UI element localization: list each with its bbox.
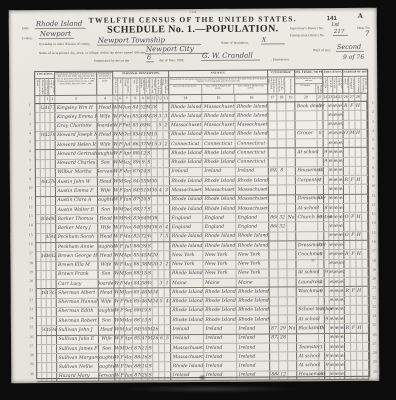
table-cell <box>362 139 368 147</box>
table-cell: New York <box>204 269 237 277</box>
column-group-header: Relationship of each person to the head … <box>97 73 112 97</box>
table-cell: Rhode Island <box>203 149 236 157</box>
table-cell: Peckham Sarah <box>56 233 98 242</box>
table-cell: England <box>170 214 203 222</box>
table-cell: Massachusetts <box>236 186 269 194</box>
table-cell <box>295 121 317 129</box>
table-cell <box>277 121 286 129</box>
table-cell <box>288 371 297 379</box>
column-number <box>361 94 367 101</box>
line-number: 14 <box>26 222 35 231</box>
column-number: 7 <box>123 95 131 102</box>
table-cell: 1849 <box>133 326 142 334</box>
table-cell: Son <box>99 270 115 278</box>
enumeration-district-value: 217 <box>333 29 348 36</box>
table-cell <box>278 176 287 184</box>
table-cell: Jun <box>124 196 132 204</box>
table-cell <box>268 102 277 110</box>
table-cell: Head <box>98 215 114 223</box>
table-cell <box>363 343 369 351</box>
enumerator-label: , Enumerator. <box>271 57 290 61</box>
table-cell: Mar <box>124 233 132 241</box>
table-cell: Massachusetts <box>202 103 235 111</box>
table-cell <box>277 102 286 110</box>
table-cell: 1871 <box>270 325 279 333</box>
table-cell <box>361 111 367 119</box>
ward-label: Ward of city, <box>313 48 331 52</box>
table-cell <box>287 195 296 203</box>
table-cell <box>270 353 279 361</box>
table-cell: Connecticut <box>170 140 203 148</box>
table-cell: Barker Mary J <box>56 224 98 233</box>
table-cell <box>287 232 296 240</box>
table-cell: 32 <box>278 214 287 222</box>
table-cell: Sullivan John J <box>57 326 99 335</box>
enumeration-district-label: Enumeration District No. <box>290 33 325 37</box>
line-number: 8 <box>369 164 378 173</box>
table-cell: 1888 <box>132 150 141 158</box>
line-number: 25 <box>370 321 379 330</box>
table-cell: 8 <box>278 167 287 175</box>
table-cell <box>362 250 368 258</box>
sub-column-header: Date of birth — Month. <box>123 78 131 94</box>
table-cell: Sullivan Nellie <box>57 363 99 372</box>
line-number: 30 <box>370 367 379 376</box>
table-cell: Maine <box>171 279 204 287</box>
table-cell <box>270 343 279 351</box>
line-number: 5 <box>26 138 35 147</box>
table-cell: Massachusetts <box>171 353 204 361</box>
census-grid: LOCATION.Street.House number.Number of d… <box>34 69 370 379</box>
line-number: 6 <box>26 147 35 156</box>
table-cell: Rhode Island <box>203 242 236 250</box>
table-cell <box>287 158 296 166</box>
table-cell <box>269 139 278 147</box>
table-cell <box>362 185 368 193</box>
table-cell: England <box>203 223 236 231</box>
table-cell: Carr Lucy <box>57 280 99 289</box>
table-cell: Maine <box>204 279 237 287</box>
table-cell: 1861 <box>132 261 141 269</box>
line-number: 10 <box>369 182 378 191</box>
line-number: 26 <box>370 330 379 339</box>
table-cell: Head <box>98 233 114 241</box>
table-cell: Connecticut <box>236 149 269 157</box>
table-cell <box>269 149 278 157</box>
table-cell <box>363 306 369 314</box>
table-cell <box>279 362 288 370</box>
table-cell: Carpenter <box>296 176 318 184</box>
table-body: 324177Kingsley Wm HHeadWMJun184752M28Rho… <box>35 102 369 382</box>
table-cell: Ireland <box>203 168 236 176</box>
table-cell: Rhode Island <box>203 205 236 213</box>
table-cell: 1840 <box>132 224 141 232</box>
table-cell: 1847 <box>131 103 140 111</box>
table-cell <box>288 362 297 370</box>
table-cell: Coachman <box>296 250 318 258</box>
table-cell <box>296 139 318 147</box>
table-cell: Ireland <box>236 167 269 175</box>
table-cell: Son <box>99 317 115 325</box>
table-cell: Sherman Edith <box>57 308 99 317</box>
table-cell: 1858 <box>132 131 141 139</box>
table-cell: Rhode Island <box>203 177 236 185</box>
table-cell: 1860 <box>132 242 141 250</box>
table-cell: Mar <box>125 317 133 325</box>
table-cell: Feb <box>125 298 133 306</box>
table-cell: Wife <box>98 261 114 269</box>
table-cell <box>278 195 287 203</box>
line-number: 1 <box>25 101 34 110</box>
table-cell <box>287 186 296 194</box>
table-cell: Blacksmith <box>297 325 319 333</box>
column-number: 17 <box>268 94 277 101</box>
table-cell: Dec <box>124 205 132 213</box>
line-number: 9 <box>369 173 378 182</box>
sub-column-header: Year of immigration to the United States… <box>268 77 277 93</box>
line-number: 24 <box>27 314 36 323</box>
line-number: 12 <box>369 201 378 210</box>
institution-label: Name of Institution, <box>221 41 249 45</box>
table-cell: Rhode Island <box>171 288 204 296</box>
table-cell: Ireland <box>204 344 237 352</box>
column-group: NATIVITY.Place of birth of each person a… <box>169 70 268 94</box>
table-cell: Massachusetts <box>235 121 268 129</box>
line-number: 18 <box>26 259 35 268</box>
table-cell <box>363 296 369 304</box>
line-number: 27 <box>27 342 36 351</box>
table-cell <box>279 278 288 286</box>
table-cell <box>278 260 287 268</box>
table-cell: Rhode Island <box>170 177 203 185</box>
table-cell: Howard Charles A <box>56 159 98 168</box>
table-cell: 1844 <box>132 177 141 185</box>
table-cell <box>270 316 279 324</box>
table-cell: New York <box>170 251 203 259</box>
table-cell: Oct <box>124 131 132 139</box>
table-cell: Rhode Island <box>237 288 270 296</box>
table-cell: 1888 <box>270 371 279 379</box>
table-cell: New York <box>170 260 203 268</box>
corner-letter: A <box>358 12 363 20</box>
township-label: Township or other division of county, <box>39 42 91 46</box>
table-cell: England <box>203 214 236 222</box>
line-number: 13 <box>26 212 35 221</box>
line-number: 16 <box>369 238 378 247</box>
table-cell: Rhode Island <box>203 158 236 166</box>
line-number: 3 <box>25 120 34 129</box>
table-cell: 1870 <box>133 372 142 380</box>
table-cell: Maine <box>237 279 270 287</box>
table-cell: Aug <box>124 159 132 167</box>
sub-column-header: Naturalization. <box>286 77 295 93</box>
table-cell: Grocer <box>296 130 318 138</box>
table-cell: New York <box>236 260 269 268</box>
line-number: 15 <box>26 231 35 240</box>
table-cell <box>362 232 368 240</box>
table-cell: Dressmaker <box>296 241 318 249</box>
table-cell <box>296 232 318 240</box>
sub-column-header: Place of birth of this Person. <box>169 85 202 94</box>
table-cell: Head <box>98 252 114 260</box>
line-number: 6 <box>369 145 378 154</box>
table-cell: Son <box>99 344 115 352</box>
table-cell: Head <box>98 178 114 186</box>
table-cell <box>269 204 278 212</box>
table-cell <box>287 223 296 231</box>
column-number: 15 <box>202 95 235 102</box>
city-label: Name of incorporated city, town, or vill… <box>39 50 146 55</box>
table-cell <box>277 112 286 120</box>
column-group-header: Owned or rented.Owned free or mortgaged.… <box>343 77 367 93</box>
line-number: 29 <box>370 358 379 367</box>
line-number: 5 <box>369 136 378 145</box>
table-cell: 28 <box>279 334 288 342</box>
scan-artifact <box>120 385 300 393</box>
table-cell: Ireland <box>237 325 270 333</box>
table-cell: 1849 <box>132 187 141 195</box>
table-cell: Head <box>99 289 115 297</box>
table-cell <box>287 149 296 157</box>
table-cell: 1853 <box>133 335 142 343</box>
table-cell <box>269 130 278 138</box>
line-number: 26 <box>27 333 36 342</box>
table-cell <box>362 259 368 267</box>
table-cell: 1868 <box>269 214 278 222</box>
column-number: 18 <box>277 94 286 101</box>
table-cell: Sullivan Julia E <box>57 335 99 344</box>
line-number: 18 <box>369 256 378 265</box>
table-cell <box>296 186 318 194</box>
ward-value: Second <box>336 43 364 52</box>
table-cell <box>269 251 278 259</box>
table-cell: Watchman <box>297 287 319 295</box>
table-cell: New York <box>237 269 270 277</box>
table-cell: Na <box>288 325 297 333</box>
table-cell: Rhode Island <box>169 112 202 120</box>
table-cell <box>297 297 319 305</box>
table-cell <box>363 315 369 323</box>
table-cell: 1876 <box>132 168 141 176</box>
table-cell <box>362 194 368 202</box>
line-number: 23 <box>370 303 379 312</box>
table-cell <box>279 343 288 351</box>
margin-note: 9 of 76 <box>343 54 364 61</box>
line-number: 11 <box>369 191 378 200</box>
table-cell: Feb <box>124 215 132 223</box>
table-cell: Massachusetts <box>171 344 204 352</box>
line-number: 21 <box>27 286 36 295</box>
table-cell <box>361 120 367 128</box>
line-number: 19 <box>369 265 378 274</box>
table-cell: Ireland <box>204 362 237 370</box>
line-number-gutter-right: 1234567891011121314151617181920212223242… <box>368 69 379 377</box>
line-number: 28 <box>27 351 36 360</box>
table-cell: Massachusetts <box>202 121 235 129</box>
table-cell: Nov <box>124 224 132 232</box>
table-cell: 1852 <box>131 113 140 121</box>
line-number: 7 <box>369 154 378 163</box>
state-value: Rhode Island <box>35 20 86 29</box>
column-number: 16 <box>235 94 268 101</box>
table-cell: Wilbur Martha <box>56 169 98 178</box>
sub-column-header: Months not employed. <box>316 84 322 93</box>
line-number: 17 <box>369 247 378 256</box>
column-group: PERSONAL DESCRIPTION.Color or race.Sex.D… <box>113 71 169 94</box>
line-number: 17 <box>26 249 35 258</box>
table-cell: Ireland <box>170 168 203 176</box>
line-number: 1 <box>368 99 377 108</box>
table-cell <box>287 260 296 268</box>
table-cell <box>278 204 287 212</box>
supervisor-district-value: 1st <box>331 22 340 28</box>
table-cell: Rhode Island <box>171 307 204 315</box>
table-cell <box>269 177 278 185</box>
table-cell <box>270 269 279 277</box>
table-cell: 1882 <box>132 205 141 213</box>
sub-column-header: Number of these children living. <box>162 78 168 94</box>
table-cell <box>361 102 367 110</box>
table-cell: Daughter <box>98 243 114 251</box>
table-cell: Massachusetts <box>169 121 202 129</box>
line-number: 19 <box>27 268 36 277</box>
table-cell <box>269 158 278 166</box>
table-cell <box>279 315 288 323</box>
table-cell: Ireland <box>237 334 270 342</box>
line-number: 22 <box>27 296 36 305</box>
table-cell: At school <box>297 362 319 370</box>
column-number: 14 <box>169 95 202 102</box>
column-group-header: Place of birth of each person and parent… <box>169 77 267 94</box>
table-cell: Teamster <box>297 343 319 351</box>
table-cell <box>278 241 287 249</box>
line-number: 4 <box>26 129 35 138</box>
table-cell <box>287 251 296 259</box>
table-cell: Son <box>98 159 114 167</box>
table-cell <box>279 297 288 305</box>
table-cell: 1855 <box>132 252 141 260</box>
table-cell: Connecticut <box>203 140 236 148</box>
table-cell: Rhode Island <box>202 112 235 120</box>
table-cell: Laundress <box>297 278 319 286</box>
table-cell: England <box>236 214 269 222</box>
table-cell <box>270 278 279 286</box>
column-number: 20 <box>295 94 317 101</box>
column-group: RELATION.Relationship of each person to … <box>97 72 113 95</box>
table-cell <box>288 288 297 296</box>
sub-column-header: Date of birth — Year. <box>131 78 140 94</box>
table-cell <box>363 370 369 378</box>
table-cell: Daughter <box>99 307 115 315</box>
table-cell: Wife <box>99 298 115 306</box>
table-cell: Ireland <box>171 325 204 333</box>
line-number: 20 <box>27 277 36 286</box>
column-group-header: Street.House number.Number of dwelling h… <box>35 79 54 95</box>
table-cell: Rhode Island <box>204 297 237 305</box>
table-cell: Ireland <box>237 371 270 379</box>
table-cell: Connecticut <box>236 158 269 166</box>
table-cell: Massachusetts <box>170 186 203 194</box>
table-cell: Rhode Island <box>171 298 204 306</box>
table-cell: Rhode Island <box>235 112 268 120</box>
table-cell: 1851 <box>133 289 142 297</box>
table-cell <box>286 112 295 120</box>
table-cell: Head <box>99 326 115 334</box>
sheet-value: 7 <box>365 30 370 38</box>
table-cell <box>270 297 279 305</box>
table-cell <box>288 297 297 305</box>
table-cell <box>279 269 288 277</box>
table-cell: Oct <box>125 344 133 352</box>
table-cell <box>269 260 278 268</box>
line-number: 22 <box>370 293 379 302</box>
table-cell: Ireland <box>171 335 204 343</box>
table-cell: Boarder <box>99 280 115 288</box>
table-cell: New York <box>203 260 236 268</box>
screenshot-root: { "document": { "form_code": "7-324", "t… <box>0 0 396 400</box>
table-cell: 1836 <box>132 215 141 223</box>
table-cell <box>269 232 278 240</box>
line-number: 29 <box>27 361 36 370</box>
table-cell: Howard Gertrude L <box>56 150 98 159</box>
table-cell <box>362 157 368 165</box>
table-cell <box>295 111 317 119</box>
column-group-header: of each person ten years of age and over… <box>295 77 322 93</box>
table-cell <box>268 112 277 120</box>
table-cell: New York <box>236 251 269 259</box>
county-label: County, <box>22 36 33 40</box>
state-label: State, <box>22 26 30 30</box>
table-cell: 1880 <box>133 307 142 315</box>
line-number: 14 <box>369 219 378 228</box>
line-number: 7 <box>26 157 35 166</box>
column-group-header: Year of immigration to the United States… <box>268 77 294 93</box>
table-cell <box>268 121 277 129</box>
sub-column-header: Place of birth of Father of this person. <box>202 85 235 94</box>
table-cell <box>297 334 319 342</box>
column-group-header: Color or race.Sex.Date of birth — Month.… <box>113 78 168 94</box>
column-group-header: Attended school (in months).Can read.Can… <box>323 77 342 93</box>
table-cell: Apr <box>124 252 132 260</box>
table-cell <box>296 260 318 268</box>
table-cell: At school <box>296 148 318 156</box>
table-cell: Brown George H <box>56 252 98 261</box>
table-cell: Ireland <box>204 334 237 342</box>
table-cell: Rhode Island <box>203 131 236 139</box>
census-table: 1234567891011121314151617181920212223242… <box>25 69 379 379</box>
table-cell <box>287 130 296 138</box>
sub-column-header: Number of family in the order of visitat… <box>49 79 54 95</box>
table-cell <box>278 186 287 194</box>
line-number: 8 <box>26 166 35 175</box>
column-group: OWNERSHIP OF HOME.Owned or rented.Owned … <box>343 70 367 93</box>
table-cell: 1892 <box>269 167 278 175</box>
table-cell <box>288 352 297 360</box>
table-cell: At school <box>297 269 319 277</box>
line-number: 15 <box>369 228 378 237</box>
line-number: 11 <box>26 194 35 203</box>
column-group: EDUCATION.Attended school (in months).Ca… <box>323 70 343 93</box>
table-cell: Jul <box>124 140 132 148</box>
table-cell: Servant <box>98 168 114 176</box>
table-cell: Rhode Island <box>237 306 270 314</box>
table-cell: Brown Ella M <box>56 261 98 270</box>
table-cell <box>270 306 279 314</box>
table-cell: Sep <box>124 178 132 186</box>
line-number: 23 <box>27 305 36 314</box>
table-cell: Dressmaker <box>296 195 318 203</box>
table-cell: Rhode Island <box>203 195 236 203</box>
